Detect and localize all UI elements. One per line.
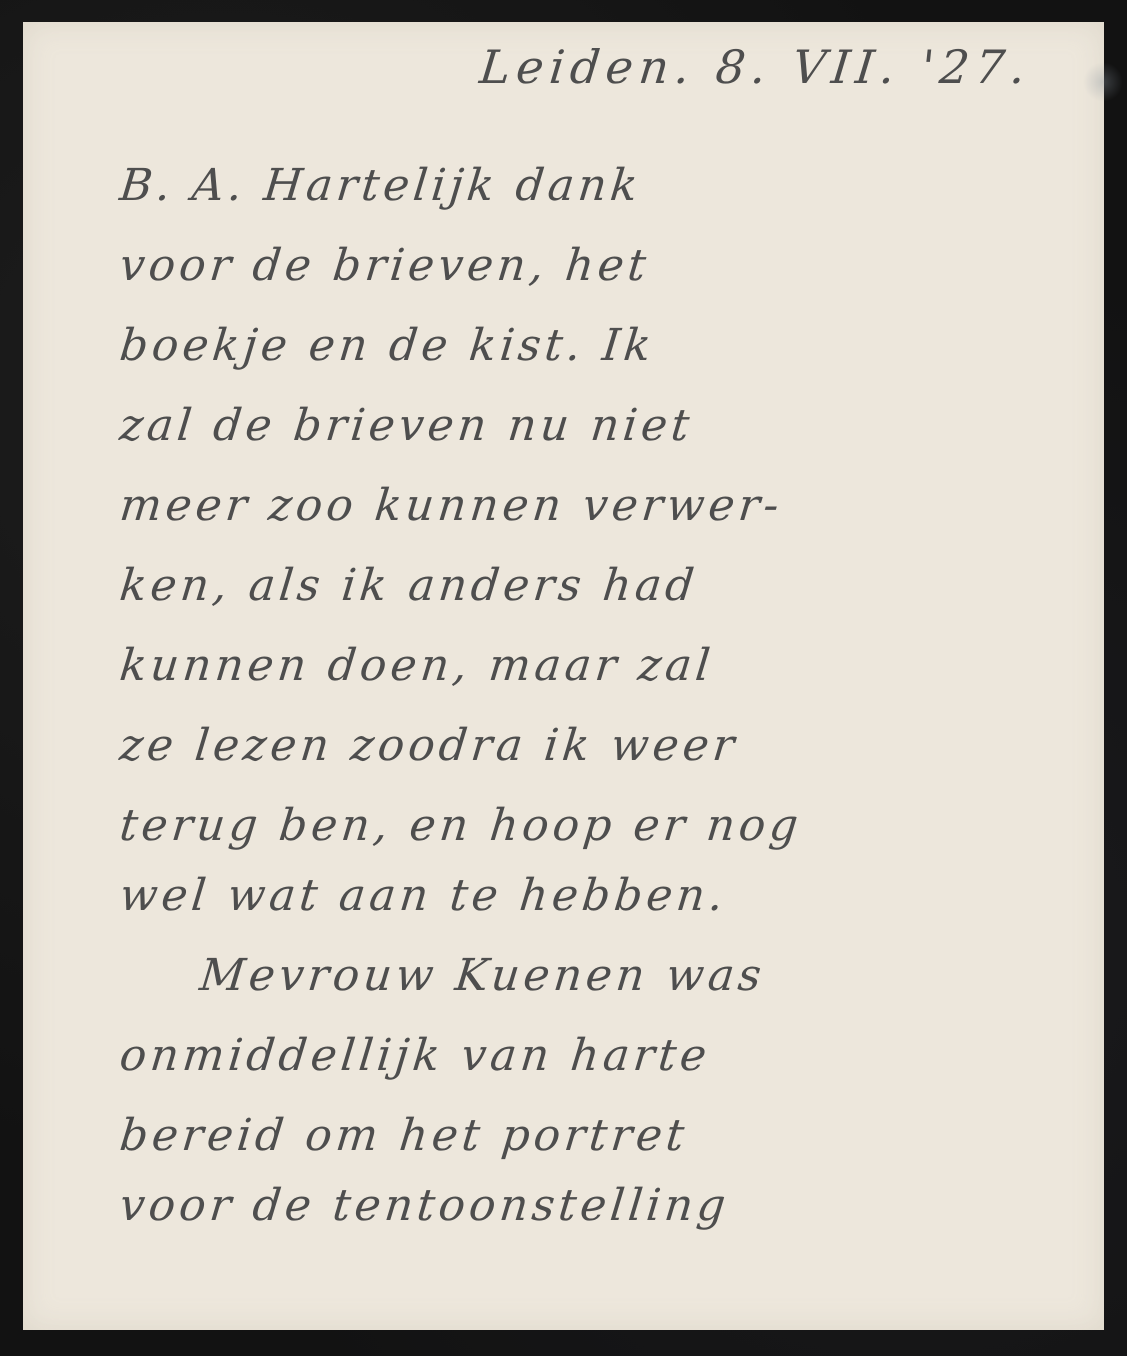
letter-line-8: ze lezen zoodra ik weer	[117, 720, 740, 771]
letter-line-7: kunnen doen, maar zal	[117, 640, 716, 691]
letter-line-1: B. A. Hartelijk dank	[117, 160, 644, 211]
letter-line-11: Mevrouw Kuenen was	[197, 950, 767, 1001]
letter-line-10: wel wat aan te hebben.	[117, 870, 729, 921]
letter-line-14: voor de tentoonstelling	[117, 1180, 732, 1231]
letter-line-2: voor de brieven, het	[117, 240, 652, 291]
letter-line-9: terug ben, en hoop er nog	[117, 800, 804, 851]
ink-smudge	[1083, 62, 1123, 102]
letter-line-5: meer zoo kunnen verwer-	[117, 480, 785, 531]
letter-line-12: onmiddellijk van harte	[117, 1030, 713, 1081]
letter-line-6: ken, als ik anders had	[117, 560, 700, 611]
letter-line-3: boekje en de kist. Ik	[117, 320, 657, 371]
letter-line-13: bereid om het portret	[117, 1110, 690, 1161]
place-date: Leiden. 8. VII. '27.	[477, 40, 1034, 94]
letter-line-4: zal de brieven nu niet	[117, 400, 695, 451]
